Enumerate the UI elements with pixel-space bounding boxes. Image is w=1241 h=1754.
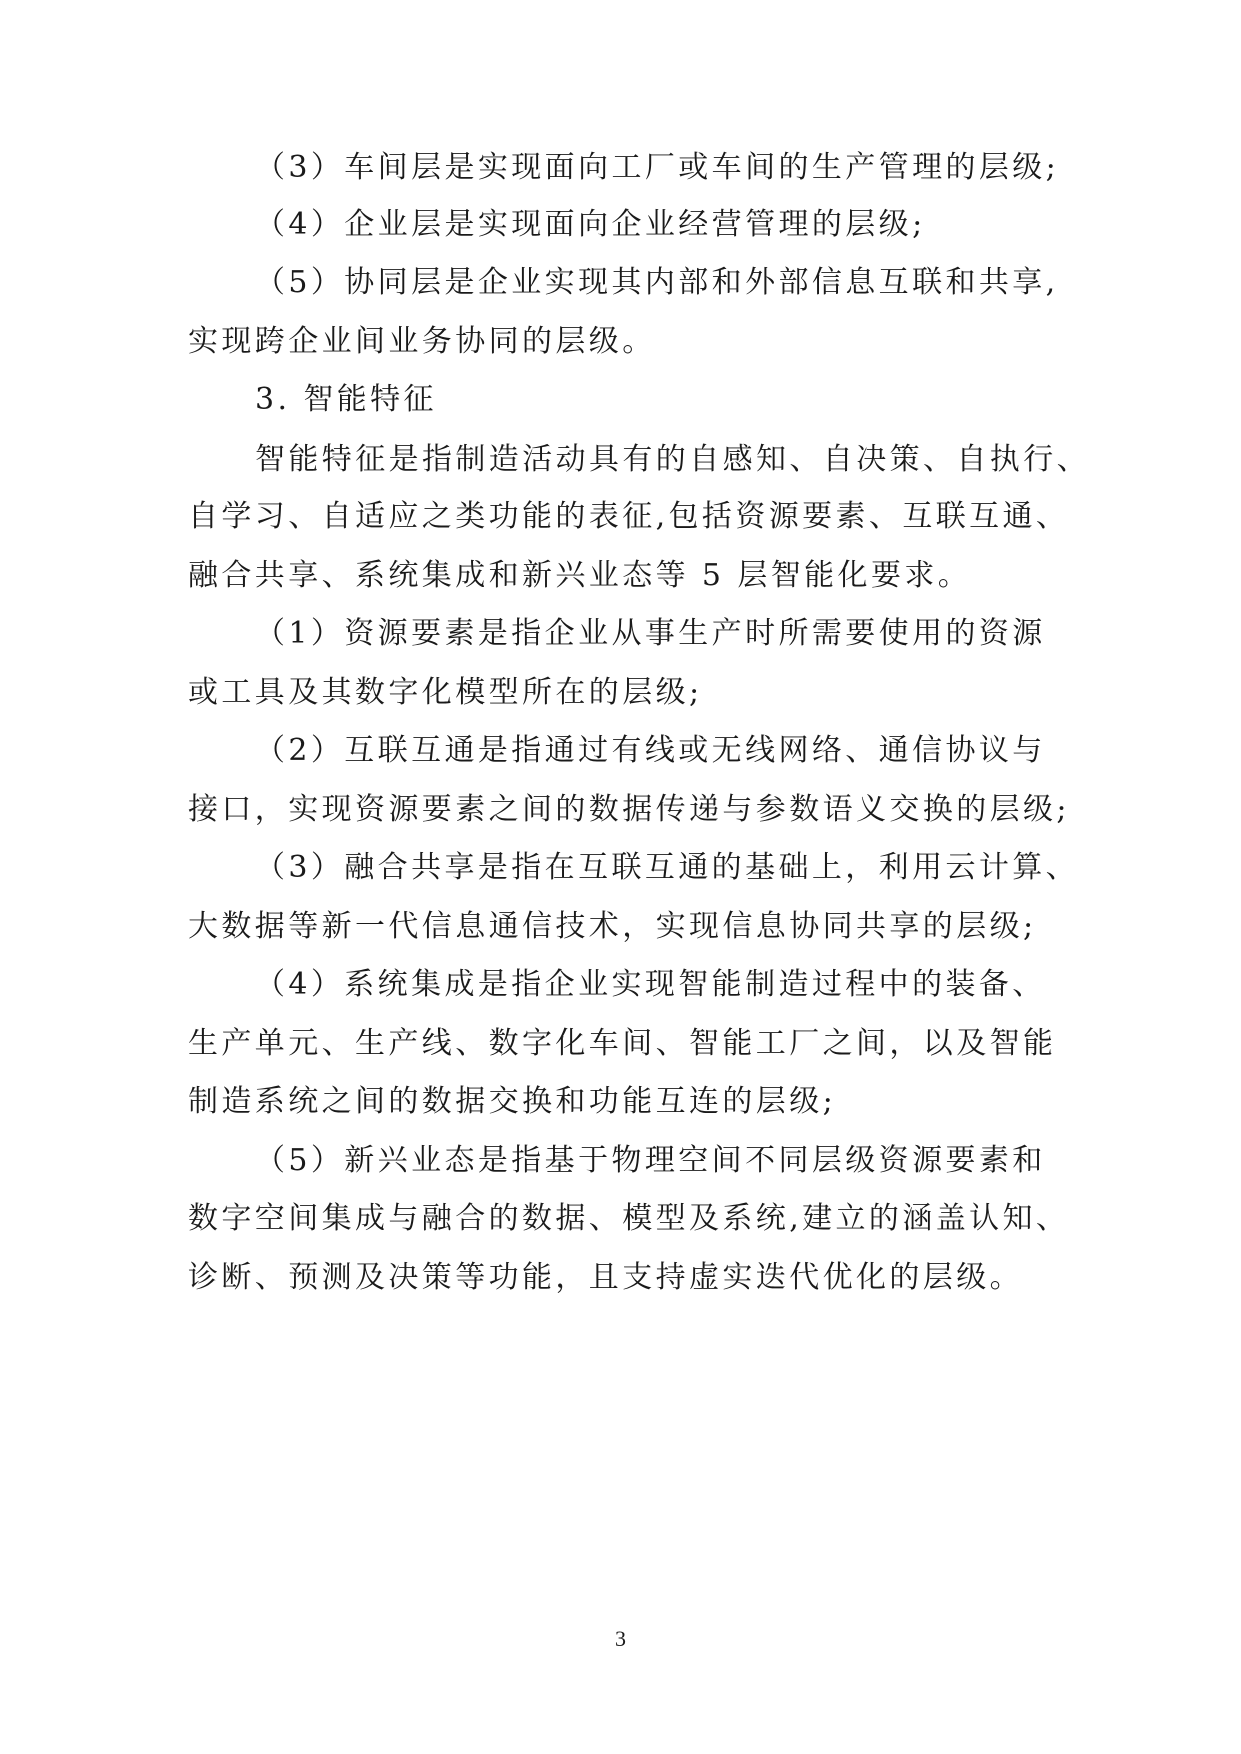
text-line-interconnection: （2）互联互通是指通过有线或无线网络、通信协议与 (255, 731, 1135, 771)
text-line-new-business-cont-1: 数字空间集成与融合的数据、模型及系统,建立的涵盖认知、 (188, 1199, 1068, 1239)
text-line-interconnection-cont: 接口，实现资源要素之间的数据传递与参数语义交换的层级; (188, 790, 1068, 830)
text-line-fusion-sharing-cont: 大数据等新一代信息通信技术，实现信息协同共享的层级; (188, 907, 1068, 947)
text-line-intro-1: 智能特征是指制造活动具有的自感知、自决策、自执行、 (255, 440, 1135, 480)
text-line-collaboration-layer-cont: 实现跨企业间业务协同的层级。 (188, 322, 1068, 362)
text-line-new-business: （5）新兴业态是指基于物理空间不同层级资源要素和 (255, 1141, 1135, 1181)
text-line-system-integration: （4）系统集成是指企业实现智能制造过程中的装备、 (255, 965, 1135, 1005)
text-line-resource-elements: （1）资源要素是指企业从事生产时所需要使用的资源 (255, 614, 1135, 654)
text-line-collaboration-layer: （5）协同层是企业实现其内部和外部信息互联和共享, (255, 263, 1135, 303)
text-line-new-business-cont-2: 诊断、预测及决策等功能，且支持虚实迭代优化的层级。 (188, 1258, 1068, 1298)
text-line-system-integration-cont-1: 生产单元、生产线、数字化车间、智能工厂之间，以及智能 (188, 1024, 1068, 1064)
text-line-intro-2: 自学习、自适应之类功能的表征,包括资源要素、互联互通、 (188, 497, 1068, 537)
text-line-workshop-layer: （3）车间层是实现面向工厂或车间的生产管理的层级; (255, 148, 1135, 188)
text-line-resource-elements-cont: 或工具及其数字化模型所在的层级; (188, 673, 1068, 713)
text-line-intro-3: 融合共享、系统集成和新兴业态等 5 层智能化要求。 (188, 556, 1068, 596)
text-line-system-integration-cont-2: 制造系统之间的数据交换和功能互连的层级; (188, 1082, 1068, 1122)
text-line-fusion-sharing: （3）融合共享是指在互联互通的基础上，利用云计算、 (255, 848, 1135, 888)
section-heading-intelligent-features: 3. 智能特征 (255, 380, 1135, 420)
document-page: （3）车间层是实现面向工厂或车间的生产管理的层级; （4）企业层是实现面向企业经… (0, 0, 1241, 1754)
page-number: 3 (0, 1626, 1241, 1652)
text-line-enterprise-layer: （4）企业层是实现面向企业经营管理的层级; (255, 205, 1135, 245)
